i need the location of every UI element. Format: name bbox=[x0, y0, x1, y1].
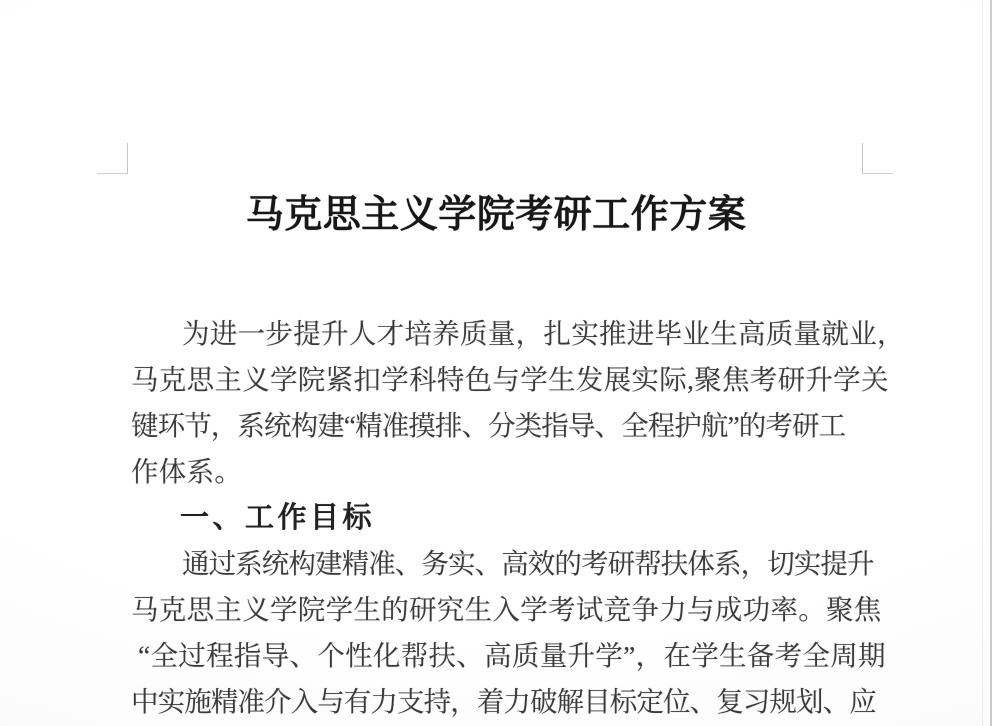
intro-paragraph-line-4: 作体系。 bbox=[131, 449, 921, 495]
page-margin-corner-mark-left bbox=[97, 143, 128, 174]
section-1-line-4: 中实施精准介入与有力支持，着力破解目标定位、复习规划、应 bbox=[131, 679, 921, 725]
photo-edge-line-inner bbox=[982, 0, 983, 726]
document-body: 为进一步提升人才培养质量，扎实推进毕业生高质量就业， 马克思主义学院紧扣学科特色… bbox=[131, 311, 921, 725]
intro-paragraph-line-3: 键环节，系统构建“精准摸排、分类指导、全程护航”的考研工 bbox=[131, 403, 921, 449]
page-margin-corner-mark-right bbox=[862, 143, 893, 174]
document-title: 马克思主义学院考研工作方案 bbox=[0, 183, 992, 238]
section-1-line-2: 马克思主义学院学生的研究生入学考试竞争力与成功率。聚焦 bbox=[131, 587, 921, 633]
document-page: 马克思主义学院考研工作方案 为进一步提升人才培养质量，扎实推进毕业生高质量就业，… bbox=[0, 0, 992, 726]
intro-paragraph-line-1: 为进一步提升人才培养质量，扎实推进毕业生高质量就业， bbox=[131, 311, 921, 357]
section-1-heading: 一、工作目标 bbox=[131, 495, 921, 541]
section-1-line-3: “全过程指导、个性化帮扶、高质量升学”，在学生备考全周期 bbox=[131, 633, 921, 679]
section-1-line-1: 通过系统构建精准、务实、高效的考研帮扶体系，切实提升 bbox=[131, 541, 921, 587]
intro-paragraph-line-2: 马克思主义学院紧扣学科特色与学生发展实际,聚焦考研升学关 bbox=[131, 357, 921, 403]
